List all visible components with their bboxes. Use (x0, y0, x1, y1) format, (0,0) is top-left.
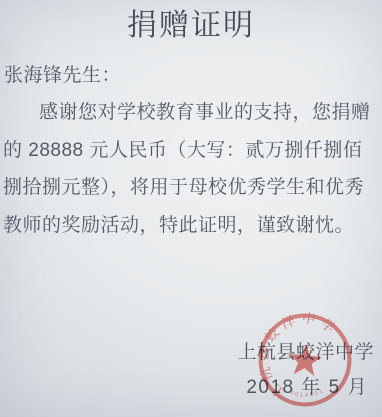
body-line: 教师的奖励活动，特此证明，谨致谢忱。 (3, 207, 379, 245)
issue-date: 2018 年 5 月 (246, 372, 368, 399)
certificate-body: 感谢您对学校教育事业的支持，您捐赠 的 28888 元人民币（大写：贰万捌仟捌佰… (3, 94, 379, 244)
issuer-signature: 上杭县蛟洋中学 (237, 337, 374, 364)
body-line: 的 28888 元人民币（大写：贰万捌仟捌佰 (3, 132, 379, 170)
salutation: 张海锋先生： (4, 60, 382, 87)
body-line: 感谢您对学校教育事业的支持，您捐赠 (3, 94, 379, 132)
donation-certificate-photo: 捐赠证明 张海锋先生： 感谢您对学校教育事业的支持，您捐赠 的 28888 元人… (0, 0, 382, 417)
certificate-title: 捐赠证明 (0, 0, 382, 43)
body-line: 捌拾捌元整），将用于母校优秀学生和优秀 (3, 169, 379, 207)
